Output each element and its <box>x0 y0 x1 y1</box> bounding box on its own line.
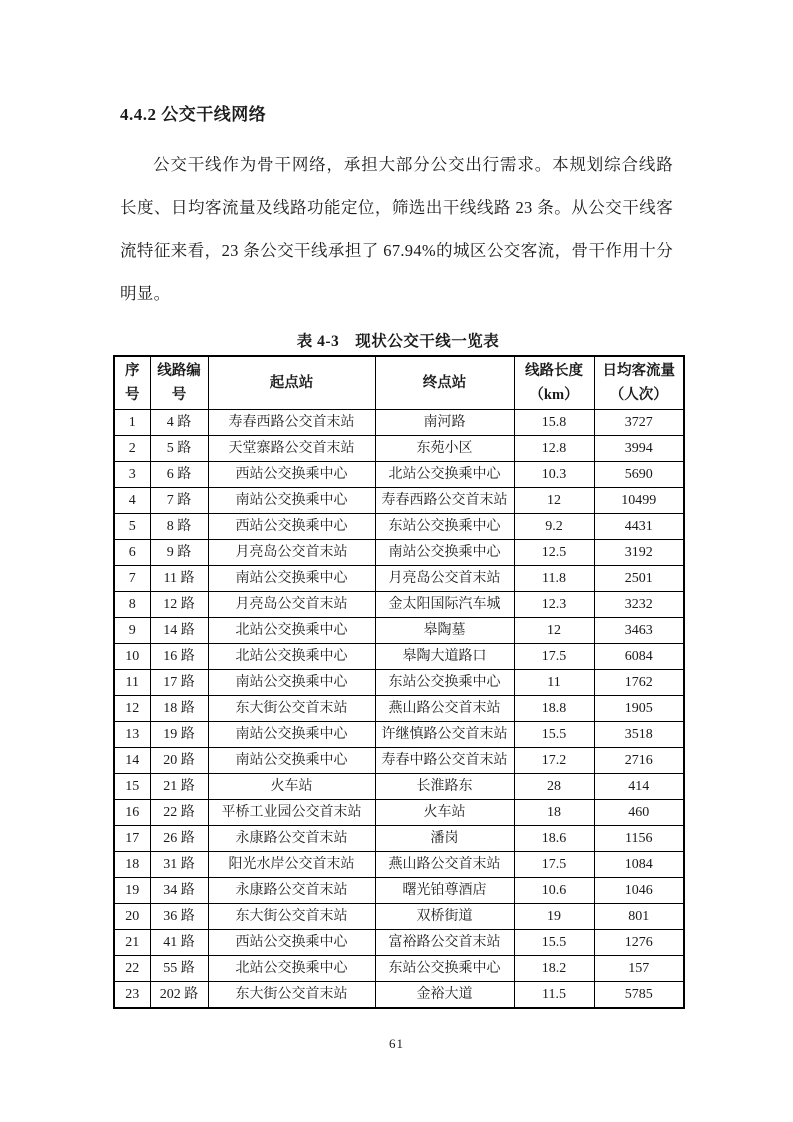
table-cell: 燕山路公交首末站 <box>375 696 514 722</box>
table-row: 1934 路永康路公交首末站曙光铂尊酒店10.61046 <box>114 878 684 904</box>
table-cell: 3232 <box>594 592 684 618</box>
column-header: 线路编 号 <box>150 356 208 410</box>
table-row: 914 路北站公交换乘中心皋陶墓123463 <box>114 618 684 644</box>
table-cell: 11 路 <box>150 566 208 592</box>
table-cell: 东站公交换乘中心 <box>375 956 514 982</box>
table-row: 69 路月亮岛公交首末站南站公交换乘中心12.53192 <box>114 540 684 566</box>
table-cell: 寿春中路公交首末站 <box>375 748 514 774</box>
table-header-row: 序 号线路编 号起点站终点站线路长度 （km）日均客流量 （人次） <box>114 356 684 410</box>
table-cell: 8 <box>114 592 150 618</box>
table-cell: 东大街公交首末站 <box>208 696 375 722</box>
table-cell: 西站公交换乘中心 <box>208 930 375 956</box>
table-row: 1117 路南站公交换乘中心东站公交换乘中心111762 <box>114 670 684 696</box>
table-cell: 北站公交换乘中心 <box>208 956 375 982</box>
table-cell: 6 <box>114 540 150 566</box>
table-cell: 12 路 <box>150 592 208 618</box>
table-cell: 东站公交换乘中心 <box>375 514 514 540</box>
table-cell: 202 路 <box>150 982 208 1009</box>
table-cell: 1276 <box>594 930 684 956</box>
table-cell: 19 <box>514 904 594 930</box>
table-cell: 燕山路公交首末站 <box>375 852 514 878</box>
table-cell: 12 <box>114 696 150 722</box>
table-cell: 西站公交换乘中心 <box>208 462 375 488</box>
table-header: 序 号线路编 号起点站终点站线路长度 （km）日均客流量 （人次） <box>114 356 684 410</box>
table-cell: 5 路 <box>150 436 208 462</box>
table-cell: 20 路 <box>150 748 208 774</box>
table-cell: 7 <box>114 566 150 592</box>
table-cell: 460 <box>594 800 684 826</box>
table-cell: 9 <box>114 618 150 644</box>
table-cell: 潘岗 <box>375 826 514 852</box>
table-cell: 10.3 <box>514 462 594 488</box>
table-cell: 北站公交换乘中心 <box>375 462 514 488</box>
table-cell: 18 <box>514 800 594 826</box>
table-cell: 41 路 <box>150 930 208 956</box>
table-cell: 19 <box>114 878 150 904</box>
table-cell: 18.8 <box>514 696 594 722</box>
table-row: 14 路寿春西路公交首末站南河路15.83727 <box>114 410 684 436</box>
table-cell: 寿春西路公交首末站 <box>375 488 514 514</box>
table-cell: 13 <box>114 722 150 748</box>
table-cell: 15.5 <box>514 930 594 956</box>
table-cell: 南站公交换乘中心 <box>375 540 514 566</box>
table-cell: 1905 <box>594 696 684 722</box>
table-cell: 东大街公交首末站 <box>208 904 375 930</box>
table-cell: 3727 <box>594 410 684 436</box>
table-cell: 17.5 <box>514 852 594 878</box>
table-cell: 月亮岛公交首末站 <box>208 540 375 566</box>
table-cell: 4 路 <box>150 410 208 436</box>
column-header: 起点站 <box>208 356 375 410</box>
table-cell: 平桥工业园公交首末站 <box>208 800 375 826</box>
table-cell: 3192 <box>594 540 684 566</box>
table-cell: 天堂寨路公交首末站 <box>208 436 375 462</box>
table-cell: 3 <box>114 462 150 488</box>
table-cell: 皋陶大道路口 <box>375 644 514 670</box>
table-row: 25 路天堂寨路公交首末站东苑小区12.83994 <box>114 436 684 462</box>
table-cell: 2716 <box>594 748 684 774</box>
table-cell: 11 <box>514 670 594 696</box>
table-cell: 皋陶墓 <box>375 618 514 644</box>
column-header: 终点站 <box>375 356 514 410</box>
table-cell: 2 <box>114 436 150 462</box>
table-cell: 长淮路东 <box>375 774 514 800</box>
table-cell: 5 <box>114 514 150 540</box>
column-header: 线路长度 （km） <box>514 356 594 410</box>
table-row: 2141 路西站公交换乘中心富裕路公交首末站15.51276 <box>114 930 684 956</box>
table-cell: 南河路 <box>375 410 514 436</box>
table-cell: 2501 <box>594 566 684 592</box>
table-cell: 14 <box>114 748 150 774</box>
table-cell: 36 路 <box>150 904 208 930</box>
table-cell: 富裕路公交首末站 <box>375 930 514 956</box>
table-cell: 南站公交换乘中心 <box>208 488 375 514</box>
table-cell: 1046 <box>594 878 684 904</box>
table-cell: 18.6 <box>514 826 594 852</box>
table-cell: 6084 <box>594 644 684 670</box>
table-cell: 西站公交换乘中心 <box>208 514 375 540</box>
table-cell: 31 路 <box>150 852 208 878</box>
table-cell: 4 <box>114 488 150 514</box>
table-cell: 12.3 <box>514 592 594 618</box>
table-cell: 1084 <box>594 852 684 878</box>
table-cell: 3518 <box>594 722 684 748</box>
column-header: 日均客流量 （人次） <box>594 356 684 410</box>
table-row: 2036 路东大街公交首末站双桥街道19801 <box>114 904 684 930</box>
table-cell: 1 <box>114 410 150 436</box>
table-row: 1521 路火车站长淮路东28414 <box>114 774 684 800</box>
table-cell: 南站公交换乘中心 <box>208 748 375 774</box>
table-cell: 12.5 <box>514 540 594 566</box>
table-row: 1420 路南站公交换乘中心寿春中路公交首末站17.22716 <box>114 748 684 774</box>
table-cell: 15.8 <box>514 410 594 436</box>
table-cell: 5690 <box>594 462 684 488</box>
table-cell: 7 路 <box>150 488 208 514</box>
table-row: 1726 路永康路公交首末站潘岗18.61156 <box>114 826 684 852</box>
table-cell: 6 路 <box>150 462 208 488</box>
table-row: 1319 路南站公交换乘中心许继慎路公交首末站15.53518 <box>114 722 684 748</box>
table-row: 711 路南站公交换乘中心月亮岛公交首末站11.82501 <box>114 566 684 592</box>
table-cell: 17 路 <box>150 670 208 696</box>
body-paragraph: 公交干线作为骨干网络，承担大部分公交出行需求。本规划综合线路长度、日均客流量及线… <box>120 143 673 315</box>
table-row: 1016 路北站公交换乘中心皋陶大道路口17.56084 <box>114 644 684 670</box>
table-cell: 北站公交换乘中心 <box>208 618 375 644</box>
section-heading: 4.4.2 公交干线网络 <box>120 100 683 125</box>
table-cell: 157 <box>594 956 684 982</box>
table-cell: 9.2 <box>514 514 594 540</box>
table-cell: 3463 <box>594 618 684 644</box>
table-cell: 永康路公交首末站 <box>208 878 375 904</box>
table-cell: 18 路 <box>150 696 208 722</box>
table-cell: 15.5 <box>514 722 594 748</box>
table-cell: 18 <box>114 852 150 878</box>
table-cell: 21 <box>114 930 150 956</box>
table-cell: 16 <box>114 800 150 826</box>
table-cell: 12 <box>514 488 594 514</box>
table-cell: 15 <box>114 774 150 800</box>
table-cell: 19 路 <box>150 722 208 748</box>
table-cell: 5785 <box>594 982 684 1009</box>
table-cell: 南站公交换乘中心 <box>208 670 375 696</box>
table-row: 2255 路北站公交换乘中心东站公交换乘中心18.2157 <box>114 956 684 982</box>
table-row: 1218 路东大街公交首末站燕山路公交首末站18.81905 <box>114 696 684 722</box>
table-cell: 11.8 <box>514 566 594 592</box>
table-cell: 月亮岛公交首末站 <box>208 592 375 618</box>
table-cell: 17.5 <box>514 644 594 670</box>
bus-line-table: 序 号线路编 号起点站终点站线路长度 （km）日均客流量 （人次） 14 路寿春… <box>113 355 685 1009</box>
table-body: 14 路寿春西路公交首末站南河路15.8372725 路天堂寨路公交首末站东苑小… <box>114 410 684 1009</box>
table-cell: 26 路 <box>150 826 208 852</box>
table-cell: 18.2 <box>514 956 594 982</box>
table-cell: 东大街公交首末站 <box>208 982 375 1009</box>
table-cell: 23 <box>114 982 150 1009</box>
table-cell: 1762 <box>594 670 684 696</box>
table-cell: 801 <box>594 904 684 930</box>
table-cell: 金太阳国际汽车城 <box>375 592 514 618</box>
table-cell: 17 <box>114 826 150 852</box>
table-row: 812 路月亮岛公交首末站金太阳国际汽车城12.33232 <box>114 592 684 618</box>
table-cell: 10.6 <box>514 878 594 904</box>
table-cell: 21 路 <box>150 774 208 800</box>
table-cell: 1156 <box>594 826 684 852</box>
table-cell: 16 路 <box>150 644 208 670</box>
table-cell: 12.8 <box>514 436 594 462</box>
table-cell: 金裕大道 <box>375 982 514 1009</box>
table-row: 36 路西站公交换乘中心北站公交换乘中心10.35690 <box>114 462 684 488</box>
table-row: 47 路南站公交换乘中心寿春西路公交首末站1210499 <box>114 488 684 514</box>
table-row: 1622 路平桥工业园公交首末站火车站18460 <box>114 800 684 826</box>
table-cell: 北站公交换乘中心 <box>208 644 375 670</box>
table-cell: 10499 <box>594 488 684 514</box>
table-cell: 14 路 <box>150 618 208 644</box>
table-cell: 22 <box>114 956 150 982</box>
table-cell: 9 路 <box>150 540 208 566</box>
table-cell: 12 <box>514 618 594 644</box>
table-cell: 22 路 <box>150 800 208 826</box>
table-cell: 南站公交换乘中心 <box>208 722 375 748</box>
table-row: 58 路西站公交换乘中心东站公交换乘中心9.24431 <box>114 514 684 540</box>
table-row: 1831 路阳光水岸公交首末站燕山路公交首末站17.51084 <box>114 852 684 878</box>
table-cell: 双桥街道 <box>375 904 514 930</box>
table-cell: 55 路 <box>150 956 208 982</box>
table-cell: 东站公交换乘中心 <box>375 670 514 696</box>
table-caption: 表 4-3 现状公交干线一览表 <box>113 329 683 351</box>
table-cell: 许继慎路公交首末站 <box>375 722 514 748</box>
table-cell: 月亮岛公交首末站 <box>375 566 514 592</box>
table-cell: 南站公交换乘中心 <box>208 566 375 592</box>
table-cell: 34 路 <box>150 878 208 904</box>
table-cell: 17.2 <box>514 748 594 774</box>
page-number: 61 <box>0 1036 793 1052</box>
table-cell: 寿春西路公交首末站 <box>208 410 375 436</box>
table-cell: 20 <box>114 904 150 930</box>
document-page: 4.4.2 公交干线网络 公交干线作为骨干网络，承担大部分公交出行需求。本规划综… <box>0 0 793 1122</box>
table-cell: 8 路 <box>150 514 208 540</box>
page-content: 4.4.2 公交干线网络 公交干线作为骨干网络，承担大部分公交出行需求。本规划综… <box>0 0 793 1009</box>
table-cell: 414 <box>594 774 684 800</box>
table-cell: 火车站 <box>375 800 514 826</box>
table-cell: 3994 <box>594 436 684 462</box>
table-cell: 阳光水岸公交首末站 <box>208 852 375 878</box>
column-header: 序 号 <box>114 356 150 410</box>
table-cell: 永康路公交首末站 <box>208 826 375 852</box>
table-row: 23202 路东大街公交首末站金裕大道11.55785 <box>114 982 684 1009</box>
table-cell: 11 <box>114 670 150 696</box>
table-cell: 4431 <box>594 514 684 540</box>
table-cell: 东苑小区 <box>375 436 514 462</box>
table-cell: 28 <box>514 774 594 800</box>
table-cell: 11.5 <box>514 982 594 1009</box>
table-cell: 10 <box>114 644 150 670</box>
table-cell: 火车站 <box>208 774 375 800</box>
table-cell: 曙光铂尊酒店 <box>375 878 514 904</box>
